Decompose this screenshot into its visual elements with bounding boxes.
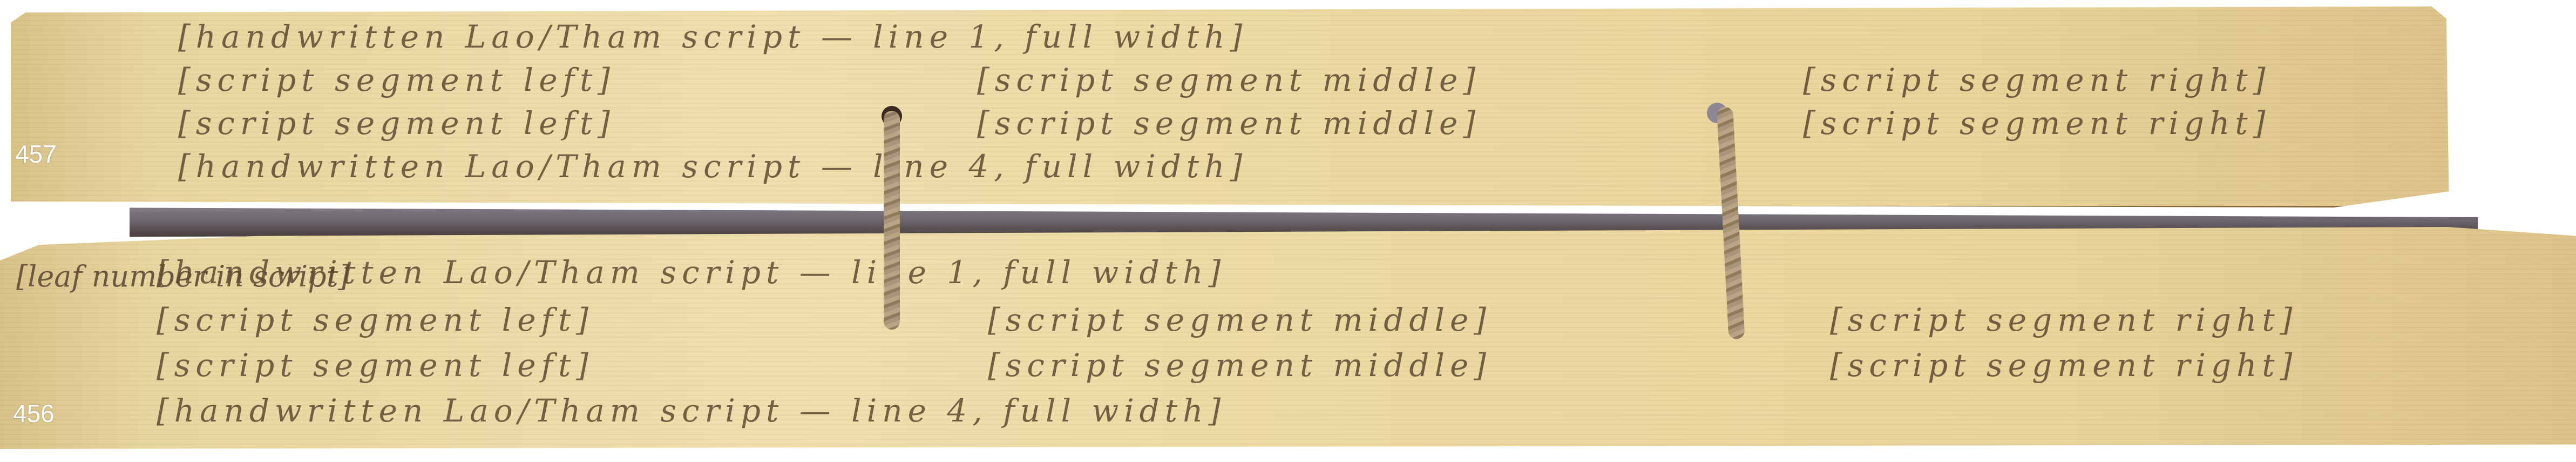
leaf-457-line-3-left: [script segment left] <box>178 105 615 142</box>
leaf-457-line-1: [handwritten Lao/Tham script — line 1, f… <box>178 18 1248 55</box>
leaf-456-line-2-right: [script segment right] <box>1830 302 2297 338</box>
leaf-456-line-3-left: [script segment left] <box>157 347 594 384</box>
palm-leaf-456: [leaf number in script] [handwritten Lao… <box>0 227 2576 451</box>
leaf-457-line-3-middle: [script segment middle] <box>977 105 1481 142</box>
leaf-457-line-2-right: [script segment right] <box>1803 62 2270 98</box>
page-label-457: 457 <box>15 139 57 169</box>
binding-cord-left <box>884 111 900 330</box>
leaf-457-line-4: [handwritten Lao/Tham script — line 4, f… <box>178 148 1248 185</box>
leaf-456-line-2-left: [script segment left] <box>157 302 594 338</box>
leaf-457-line-2-left: [script segment left] <box>178 62 615 98</box>
leaf-457-line-2-middle: [script segment middle] <box>977 62 1481 98</box>
manuscript-photo: [handwritten Lao/Tham script — line 1, f… <box>0 0 2576 462</box>
leaf-456-line-1: [handwritten Lao/Tham script — line 1, f… <box>157 254 1226 291</box>
leaf-456-line-2-middle: [script segment middle] <box>988 302 1492 338</box>
leaf-456-line-3-right: [script segment right] <box>1830 347 2297 384</box>
leaf-456-line-3-middle: [script segment middle] <box>988 347 1492 384</box>
leaf-456-line-4: [handwritten Lao/Tham script — line 4, f… <box>157 392 1226 429</box>
page-label-456: 456 <box>13 399 55 428</box>
palm-leaf-457: [handwritten Lao/Tham script — line 1, f… <box>11 6 2456 207</box>
leaf-457-line-3-right: [script segment right] <box>1803 105 2270 142</box>
